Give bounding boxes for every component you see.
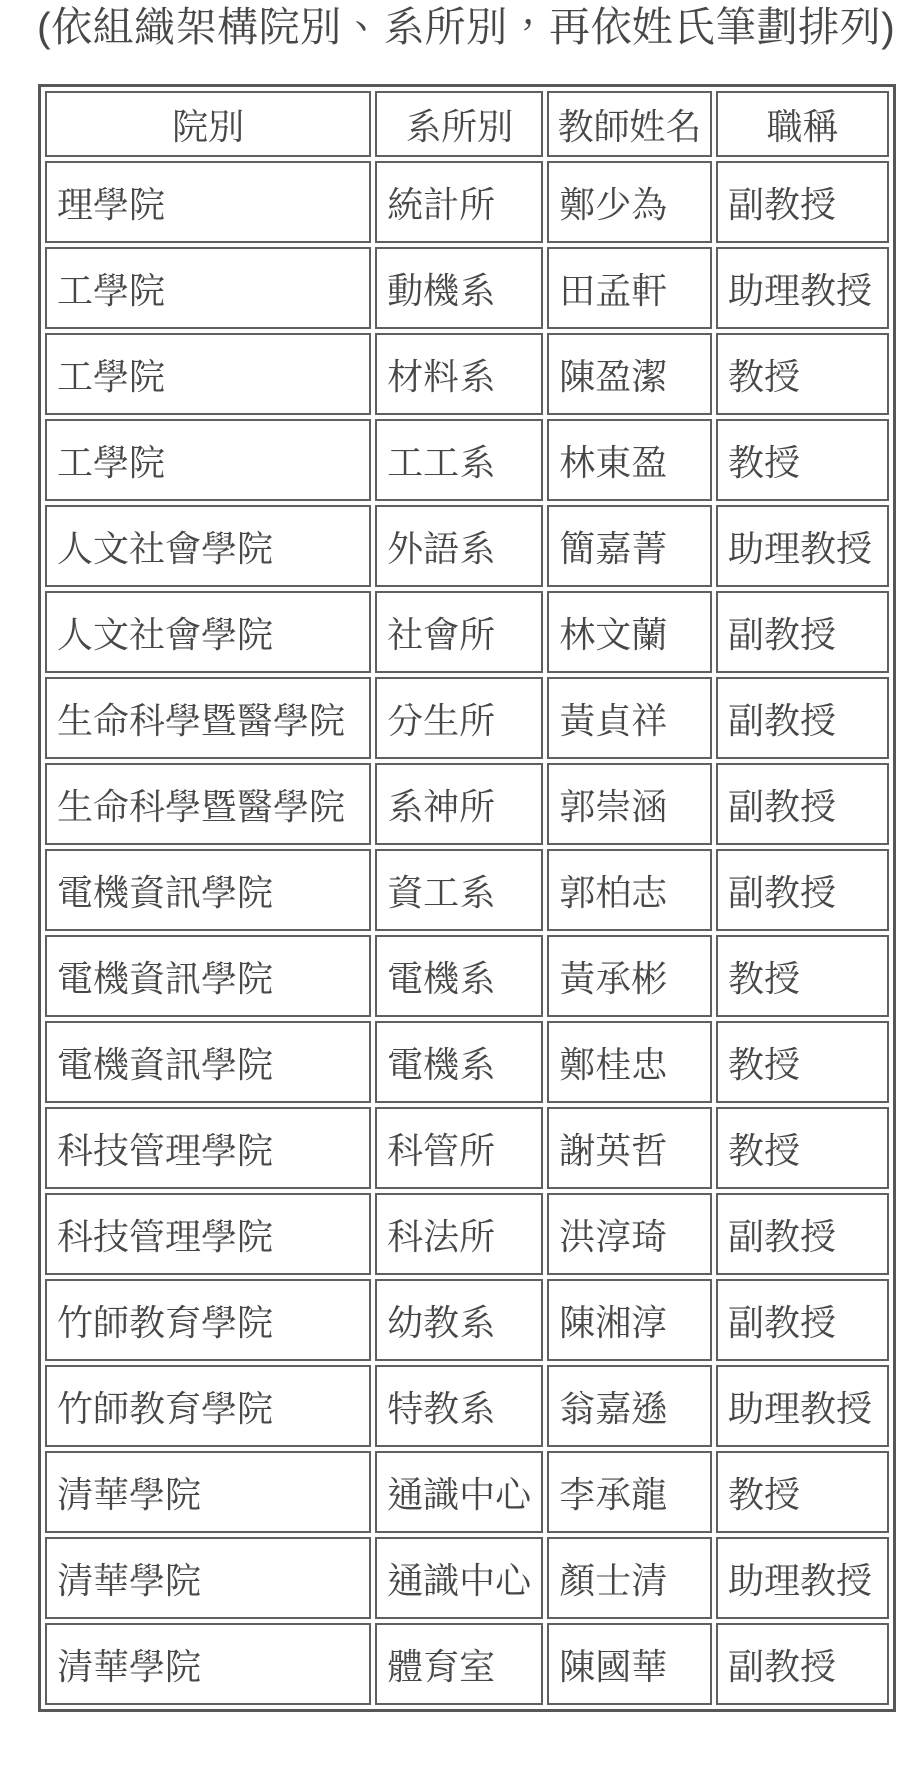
table-row: 清華學院通識中心顏士清助理教授	[45, 1537, 889, 1619]
table-row: 科技管理學院科法所洪淳琦副教授	[45, 1193, 889, 1275]
table-row: 人文社會學院外語系簡嘉菁助理教授	[45, 505, 889, 587]
cell-teacher: 郭崇涵	[547, 763, 712, 845]
cell-teacher: 黃承彬	[547, 935, 712, 1017]
cell-teacher: 陳盈潔	[547, 333, 712, 415]
cell-college: 人文社會學院	[45, 505, 371, 587]
cell-title: 副教授	[716, 677, 889, 759]
cell-teacher: 郭柏志	[547, 849, 712, 931]
cell-title: 教授	[716, 1021, 889, 1103]
cell-department: 外語系	[375, 505, 543, 587]
cell-department: 社會所	[375, 591, 543, 673]
cell-college: 工學院	[45, 247, 371, 329]
cell-college: 理學院	[45, 161, 371, 243]
cell-teacher: 陳國華	[547, 1623, 712, 1705]
cell-college: 清華學院	[45, 1451, 371, 1533]
faculty-table: 院別 系所別 教師姓名 職稱 理學院統計所鄭少為副教授工學院動機系田孟軒助理教授…	[38, 84, 896, 1712]
cell-college: 生命科學暨醫學院	[45, 677, 371, 759]
cell-teacher: 李承龍	[547, 1451, 712, 1533]
cell-title: 副教授	[716, 1193, 889, 1275]
cell-title: 副教授	[716, 591, 889, 673]
cell-department: 電機系	[375, 935, 543, 1017]
cell-college: 工學院	[45, 419, 371, 501]
cell-teacher: 翁嘉遜	[547, 1365, 712, 1447]
cell-title: 副教授	[716, 161, 889, 243]
table-row: 竹師教育學院幼教系陳湘淳副教授	[45, 1279, 889, 1361]
cell-teacher: 簡嘉菁	[547, 505, 712, 587]
cell-department: 通識中心	[375, 1537, 543, 1619]
cell-teacher: 鄭少為	[547, 161, 712, 243]
cell-department: 科法所	[375, 1193, 543, 1275]
cell-teacher: 洪淳琦	[547, 1193, 712, 1275]
cell-title: 副教授	[716, 849, 889, 931]
table-row: 生命科學暨醫學院系神所郭崇涵副教授	[45, 763, 889, 845]
cell-department: 統計所	[375, 161, 543, 243]
cell-department: 工工系	[375, 419, 543, 501]
cell-teacher: 謝英哲	[547, 1107, 712, 1189]
cell-title: 助理教授	[716, 1537, 889, 1619]
sort-order-note: (依組織架構院別、系所別，再依姓氏筆劃排列)	[37, 2, 895, 53]
cell-college: 科技管理學院	[45, 1193, 371, 1275]
cell-title: 教授	[716, 333, 889, 415]
page: (依組織架構院別、系所別，再依姓氏筆劃排列) 院別 系所別 教師姓名 職稱 理學…	[0, 0, 919, 1782]
cell-teacher: 林文蘭	[547, 591, 712, 673]
cell-department: 系神所	[375, 763, 543, 845]
cell-title: 助理教授	[716, 505, 889, 587]
cell-teacher: 黃貞祥	[547, 677, 712, 759]
cell-college: 竹師教育學院	[45, 1365, 371, 1447]
table-row: 理學院統計所鄭少為副教授	[45, 161, 889, 243]
cell-department: 通識中心	[375, 1451, 543, 1533]
cell-college: 電機資訊學院	[45, 935, 371, 1017]
cell-title: 教授	[716, 935, 889, 1017]
cell-teacher: 顏士清	[547, 1537, 712, 1619]
cell-title: 教授	[716, 419, 889, 501]
table-row: 工學院材料系陳盈潔教授	[45, 333, 889, 415]
cell-department: 特教系	[375, 1365, 543, 1447]
cell-teacher: 田孟軒	[547, 247, 712, 329]
cell-college: 電機資訊學院	[45, 1021, 371, 1103]
cell-college: 竹師教育學院	[45, 1279, 371, 1361]
cell-title: 教授	[716, 1451, 889, 1533]
table-row: 電機資訊學院電機系黃承彬教授	[45, 935, 889, 1017]
header-teacher-name: 教師姓名	[547, 91, 712, 157]
header-row: 院別 系所別 教師姓名 職稱	[45, 91, 889, 157]
cell-college: 清華學院	[45, 1623, 371, 1705]
table-row: 竹師教育學院特教系翁嘉遜助理教授	[45, 1365, 889, 1447]
header-department: 系所別	[375, 91, 543, 157]
table-row: 生命科學暨醫學院分生所黃貞祥副教授	[45, 677, 889, 759]
table-row: 工學院工工系林東盈教授	[45, 419, 889, 501]
cell-college: 清華學院	[45, 1537, 371, 1619]
table-row: 工學院動機系田孟軒助理教授	[45, 247, 889, 329]
cell-college: 電機資訊學院	[45, 849, 371, 931]
header-college: 院別	[45, 91, 371, 157]
cell-college: 人文社會學院	[45, 591, 371, 673]
cell-title: 副教授	[716, 1623, 889, 1705]
table-row: 人文社會學院社會所林文蘭副教授	[45, 591, 889, 673]
table-row: 清華學院通識中心李承龍教授	[45, 1451, 889, 1533]
cell-teacher: 鄭桂忠	[547, 1021, 712, 1103]
cell-department: 幼教系	[375, 1279, 543, 1361]
table-row: 電機資訊學院電機系鄭桂忠教授	[45, 1021, 889, 1103]
cell-title: 副教授	[716, 1279, 889, 1361]
cell-teacher: 林東盈	[547, 419, 712, 501]
cell-college: 工學院	[45, 333, 371, 415]
faculty-table-body: 理學院統計所鄭少為副教授工學院動機系田孟軒助理教授工學院材料系陳盈潔教授工學院工…	[45, 161, 889, 1705]
cell-college: 科技管理學院	[45, 1107, 371, 1189]
cell-department: 分生所	[375, 677, 543, 759]
cell-title: 副教授	[716, 763, 889, 845]
cell-department: 體育室	[375, 1623, 543, 1705]
cell-title: 助理教授	[716, 247, 889, 329]
cell-department: 動機系	[375, 247, 543, 329]
cell-department: 科管所	[375, 1107, 543, 1189]
cell-title: 教授	[716, 1107, 889, 1189]
cell-department: 電機系	[375, 1021, 543, 1103]
cell-department: 資工系	[375, 849, 543, 931]
cell-title: 助理教授	[716, 1365, 889, 1447]
cell-college: 生命科學暨醫學院	[45, 763, 371, 845]
table-row: 科技管理學院科管所謝英哲教授	[45, 1107, 889, 1189]
header-job-title: 職稱	[716, 91, 889, 157]
cell-department: 材料系	[375, 333, 543, 415]
table-row: 電機資訊學院資工系郭柏志副教授	[45, 849, 889, 931]
cell-teacher: 陳湘淳	[547, 1279, 712, 1361]
table-row: 清華學院體育室陳國華副教授	[45, 1623, 889, 1705]
